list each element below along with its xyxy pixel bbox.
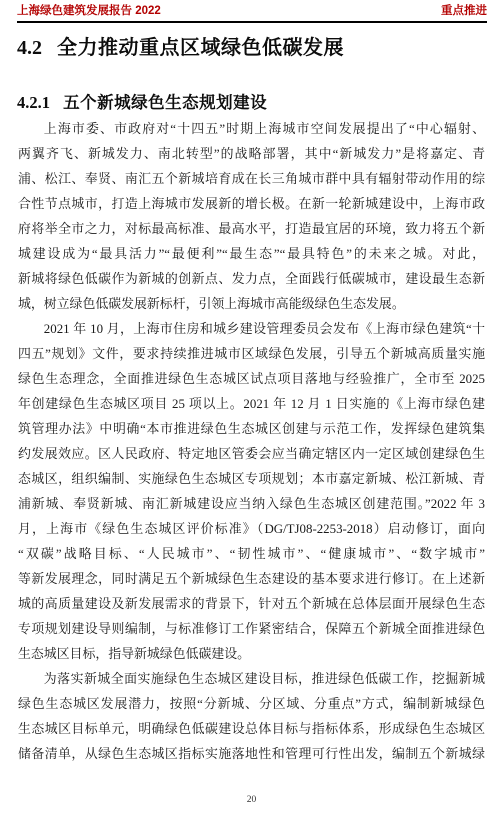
paragraph-line: 年创建绿色生态城区项目 25 项以上。2021 年 12 月 1 日实施的《上海… [18, 392, 485, 417]
subsection-number: 4.2.1 [17, 93, 50, 112]
paragraph-line: 生态城区目标，指导新城绿色低碳建设。 [18, 642, 485, 667]
paragraph-line: 府将举全市之力，对标最高标准、最高水平，打造最宜居的环境，致力将五个新 [18, 217, 485, 242]
paragraph-line: 城建设成为“最具活力”“最便利”“最生态”“最具特色”的未来之城。对此， [18, 242, 485, 267]
paragraph-line: 储备清单，从绿色生态城区指标实施落地性和管理可行性出发，编制五个新城绿 [18, 742, 485, 767]
paragraph-line: 浦、松江、奉贤、南汇五个新城培育成在长三角城市群中具有辐射带动作用的综 [18, 167, 485, 192]
paragraph: 上海市委、市政府对“十四五”时期上海城市空间发展提出了“中心辐射、两翼齐飞、新城… [18, 117, 485, 317]
paragraph: 为落实新城全面实施绿色生态城区建设目标，推进绿色低碳工作，挖掘新城绿色生态城区发… [18, 667, 485, 767]
running-header: 上海绿色建筑发展报告 2022 重点推进 [17, 4, 487, 23]
paragraph-line: 2021 年 10 月，上海市住房和城乡建设管理委员会发布《上海市绿色建筑“十 [18, 317, 485, 342]
subsection-heading: 4.2.1 五个新城绿色生态规划建设 [17, 92, 487, 114]
section-title: 全力推动重点区域绿色低碳发展 [57, 37, 344, 59]
paragraph-line: 两翼齐飞、新城发力、南北转型”的战略部署，其中“新城发力”是将嘉定、青 [18, 142, 485, 167]
paragraph-line: 绿色生态城区发展潜力，按照“分新城、分区域、分重点”方式，编制新城绿色 [18, 692, 485, 717]
paragraph-line: 生态城区目标单元，明确绿色低碳建设总体目标与指标体系，形成绿色生态城区 [18, 717, 485, 742]
page-number: 20 [0, 794, 503, 806]
paragraph-line: 等新发展理念，同时满足五个新城绿色生态建设的基本要求进行修订。在上述新 [18, 567, 485, 592]
paragraph-line: 四五”规划》文件，要求持续推进城市区域绿色发展，引导五个新城高质量实施 [18, 342, 485, 367]
report-page: 上海绿色建筑发展报告 2022 重点推进 4.2 全力推动重点区域绿色低碳发展 … [0, 0, 503, 839]
subsection-title: 五个新城绿色生态规划建设 [63, 94, 267, 112]
paragraph-line: 城，树立绿色低碳发展新标杆，引领上海城市高能级绿色生态发展。 [18, 292, 485, 317]
paragraph-line: 浦新城、奉贤新城、南汇新城建设应当纳入绿色生态城区创建范围。”2022 年 3 [18, 492, 485, 517]
section-heading: 4.2 全力推动重点区域绿色低碳发展 [17, 36, 487, 60]
paragraph-line: 态城区，组织编制、实施绿色生态城区专项规划；本市嘉定新城、松江新城、青 [18, 467, 485, 492]
running-header-left: 上海绿色建筑发展报告 2022 [17, 4, 161, 18]
body-paragraphs: 上海市委、市政府对“十四五”时期上海城市空间发展提出了“中心辐射、两翼齐飞、新城… [18, 117, 485, 767]
paragraph-line: “双碳”战略目标、“人民城市”、“韧性城市”、“健康城市”、“数字城市” [18, 542, 485, 567]
running-header-right: 重点推进 [441, 4, 487, 18]
paragraph-line: 合性节点城市，打造上海城市发展新的增长极。在新一轮新城建设中，上海市政 [18, 192, 485, 217]
paragraph-line: 专项规划建设导则编制，与标准修订工作紧密结合，保障五个新城全面推进绿色 [18, 617, 485, 642]
paragraph-line: 筑管理办法》中明确“本市推进绿色生态城区创建与示范工作，发挥绿色建筑集 [18, 417, 485, 442]
paragraph-line: 新城将绿色低碳作为新城的创新点、发力点，全面践行低碳城市，建设最生态新 [18, 267, 485, 292]
paragraph-line: 上海市委、市政府对“十四五”时期上海城市空间发展提出了“中心辐射、 [18, 117, 485, 142]
paragraph-line: 约发展效应。区人民政府、特定地区管委会应当确定辖区内一定区域创建绿色生 [18, 442, 485, 467]
paragraph-line: 城的高质量建设及新发展需求的背景下，针对五个新城在总体层面开展绿色生态 [18, 592, 485, 617]
paragraph-line: 为落实新城全面实施绿色生态城区建设目标，推进绿色低碳工作，挖掘新城 [18, 667, 485, 692]
paragraph-line: 绿色生态理念，全面推进绿色生态城区试点项目落地与经验推广，全市至 2025 [18, 367, 485, 392]
section-number: 4.2 [17, 37, 42, 59]
paragraph-line: 月，上海市《绿色生态城区评价标准》（DG/TJ08-2253-2018）启动修订… [18, 517, 485, 542]
paragraph: 2021 年 10 月，上海市住房和城乡建设管理委员会发布《上海市绿色建筑“十四… [18, 317, 485, 667]
